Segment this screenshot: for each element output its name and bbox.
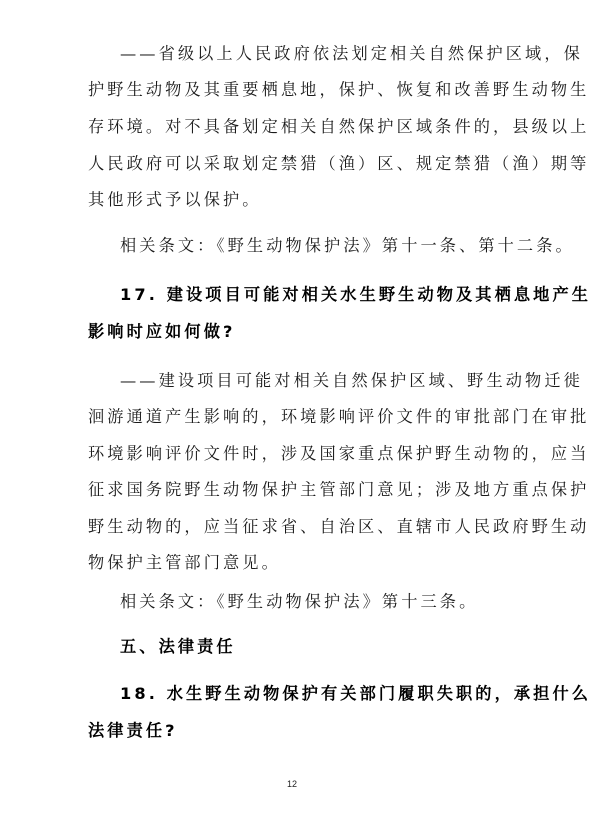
heading-line: 17. 建设项目可能对相关水生野生动物及其栖息地产生 [120, 285, 590, 305]
paragraph-line: ——建设项目可能对相关自然保护区域、野生动物迁徙 [120, 371, 583, 391]
paragraph-line: 野生动物的，应当征求省、自治区、直辖市人民政府野生动 [88, 517, 589, 537]
paragraph-line: 物保护主管部门意见。 [88, 553, 281, 573]
paragraph-line: 存环境。对不具备划定相关自然保护区域条件的，县级以上 [88, 117, 589, 137]
heading-line: 影响时应如何做? [88, 322, 236, 342]
paragraph-line: 人民政府可以采取划定禁猎（渔）区、规定禁猎（渔）期等 [88, 154, 589, 174]
heading-line: 五、法律责任 [120, 637, 236, 657]
paragraph-line: 相关条文：《野生动物保护法》第十一条、第十二条。 [120, 236, 575, 256]
paragraph-line: 环境影响评价文件时，涉及国家重点保护野生动物的，应当 [88, 444, 589, 464]
paragraph-line: 其他形式予以保护。 [88, 190, 262, 210]
paragraph-line: 护野生动物及其重要栖息地，保护、恢复和改善野生动物生 [88, 80, 589, 100]
heading-line: 法律责任? [88, 721, 178, 741]
paragraph-line: 相关条文：《野生动物保护法》第十三条。 [120, 592, 478, 612]
heading-line: 18. 水生野生动物保护有关部门履职失职的，承担什么 [120, 684, 590, 704]
page-number: 12 [287, 779, 297, 789]
paragraph-line: 洄游通道产生影响的，环境影响评价文件的审批部门在审批 [88, 407, 589, 427]
paragraph-line: ——省级以上人民政府依法划定相关自然保护区域，保 [120, 44, 583, 64]
paragraph-line: 征求国务院野生动物保护主管部门意见；涉及地方重点保护 [88, 480, 589, 500]
